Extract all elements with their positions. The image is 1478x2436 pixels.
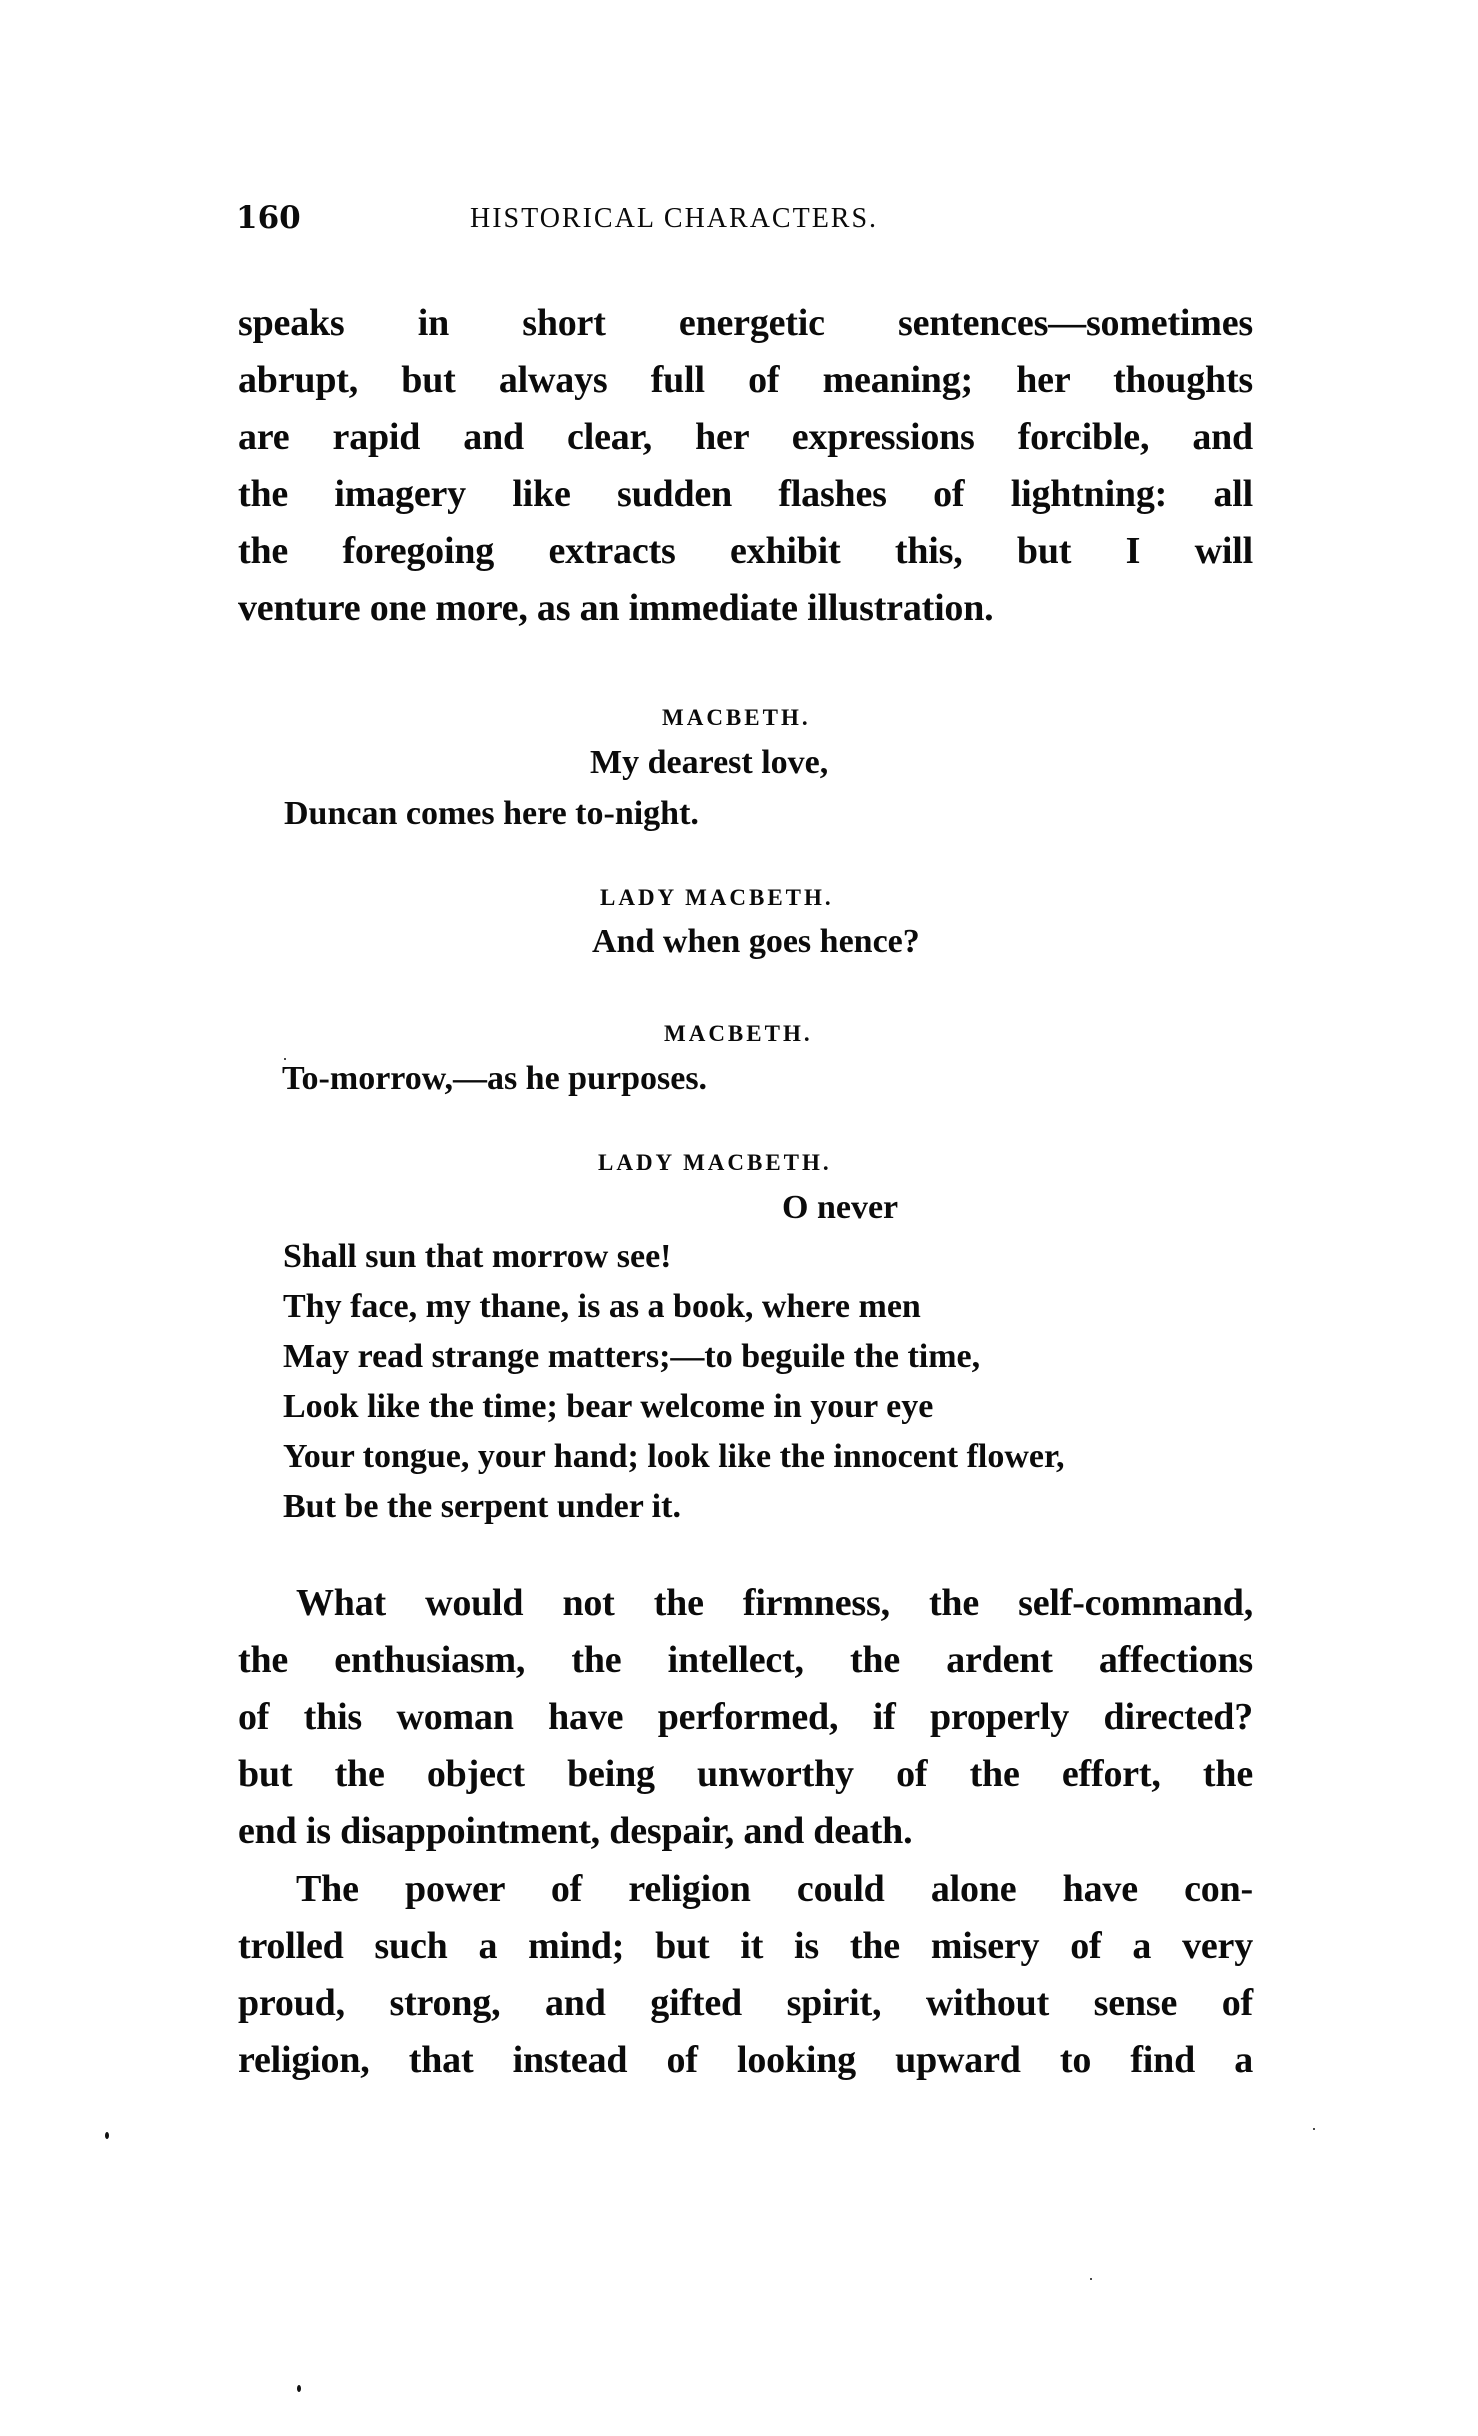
scan-speck (284, 1058, 286, 1060)
text-line: What would not the firmness, the self-co… (296, 1584, 1253, 1622)
book-page: 160 HISTORICAL CHARACTERS. speaks in sho… (0, 0, 1478, 2436)
text-line: trolled such a mind; but it is the miser… (238, 1927, 1253, 1965)
verse-line: And when goes hence? (592, 925, 920, 959)
page-number: 160 (236, 203, 301, 234)
verse-line: Thy face, my thane, is as a book, where … (283, 1290, 921, 1324)
verse-line: Shall sun that morrow see! (283, 1240, 672, 1274)
text-line: The power of religion could alone have c… (296, 1870, 1253, 1908)
scan-speck (297, 2385, 301, 2392)
verse-line: My dearest love, (590, 746, 828, 780)
text-line: abrupt, but always full of meaning; her … (238, 361, 1253, 399)
verse-line: May read strange matters;—to beguile the… (283, 1340, 980, 1374)
text-line: of this woman have performed, if properl… (238, 1698, 1253, 1736)
text-line: speaks in short energetic sentences—some… (238, 304, 1253, 342)
scan-speck (1090, 2278, 1092, 2280)
text-line: proud, strong, and gifted spirit, withou… (238, 1984, 1253, 2022)
text-line: the foregoing extracts exhibit this, but… (238, 532, 1253, 570)
verse-line: Duncan comes here to-night. (284, 797, 699, 831)
verse-line: Look like the time; bear welcome in your… (283, 1390, 933, 1424)
scan-speck (105, 2132, 109, 2139)
text-line: venture one more, as an immediate illust… (238, 589, 1253, 627)
verse-line: To-morrow,—as he purposes. (282, 1062, 707, 1096)
running-head: 160 HISTORICAL CHARACTERS. (236, 203, 1256, 243)
verse-line: But be the serpent under it. (283, 1490, 681, 1524)
text-line: religion, that instead of looking upward… (238, 2041, 1253, 2079)
verse-line: O never (782, 1191, 898, 1225)
text-line: are rapid and clear, her expressions for… (238, 418, 1253, 456)
text-line: but the object being unworthy of the eff… (238, 1755, 1253, 1793)
verse-line: Your tongue, your hand; look like the in… (283, 1440, 1064, 1474)
speaker-label: MACBETH. (662, 706, 811, 729)
text-line: the enthusiasm, the intellect, the arden… (238, 1641, 1253, 1679)
running-title: HISTORICAL CHARACTERS. (470, 205, 878, 233)
text-line: end is disappointment, despair, and deat… (238, 1812, 1253, 1850)
text-line: the imagery like sudden flashes of light… (238, 475, 1253, 513)
speaker-label: LADY MACBETH. (600, 886, 834, 909)
scan-speck (1313, 2128, 1315, 2130)
speaker-label: LADY MACBETH. (598, 1151, 832, 1174)
speaker-label: MACBETH. (664, 1022, 813, 1045)
